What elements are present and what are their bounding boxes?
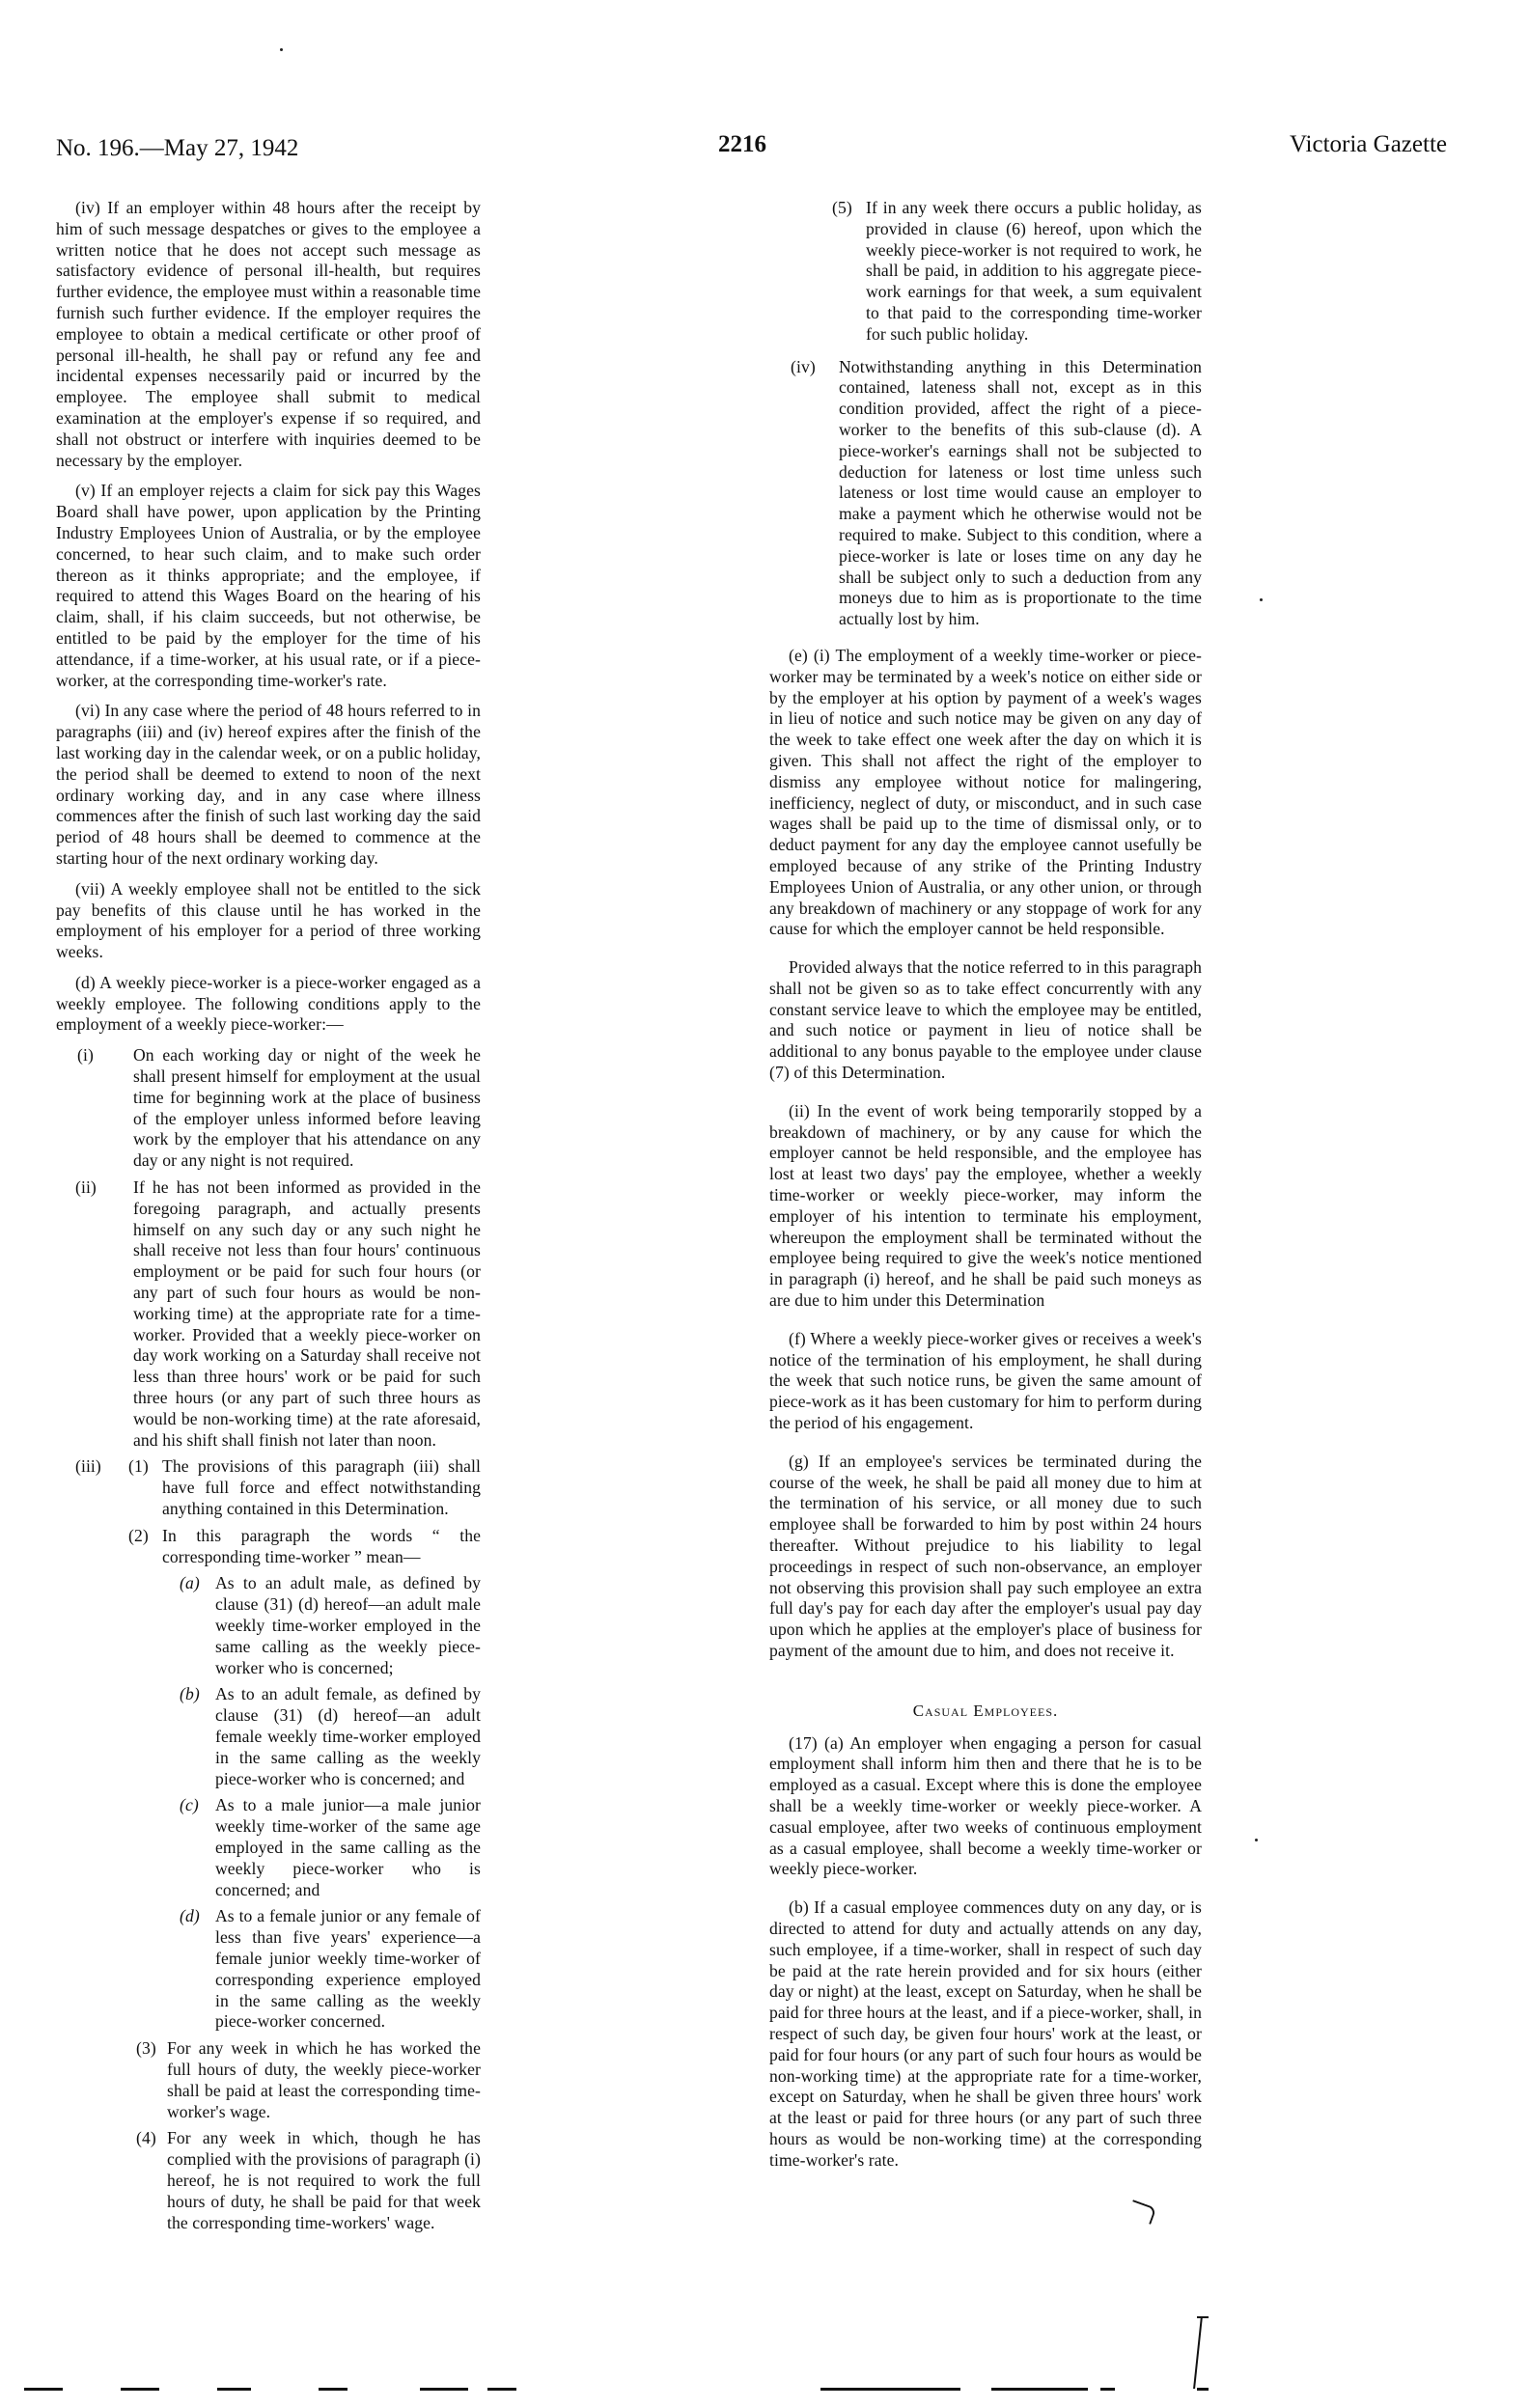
page-number: 2216 <box>718 131 766 158</box>
item-d-iii-3: (3) For any week in which he has worked … <box>56 2038 481 2122</box>
item-text: As to a female junior or any female of l… <box>215 1906 481 2033</box>
item-label: (2) <box>128 1526 149 1547</box>
item-text: Notwithstanding anything in this Determi… <box>839 357 1202 630</box>
item-d-iii-4: (4) For any week in which, though he has… <box>56 2128 481 2233</box>
paragraph-f: (f) Where a weekly piece-worker gives or… <box>769 1329 1202 1434</box>
scan-bracket-top <box>1197 2316 1209 2318</box>
item-d-i: (i) On each working day or night of the … <box>56 1045 481 1172</box>
item-label: (5) <box>832 198 852 219</box>
item-text: For any week in which, though he has com… <box>167 2128 481 2233</box>
item-d-iii-2-d: (d) As to a female junior or any female … <box>56 1906 481 2033</box>
item-d-iii-2-b: (b) As to an adult female, as defined by… <box>56 1684 481 1789</box>
item-text: The provisions of this paragraph (iii) s… <box>162 1456 481 1519</box>
item-text: If in any week there occurs a public hol… <box>866 198 1202 346</box>
item-d-iii-5: (5) If in any week there occurs a public… <box>769 198 1202 346</box>
right-column: (5) If in any week there occurs a public… <box>769 198 1202 2181</box>
page-header: No. 196.—May 27, 1942 2216 Victoria Gaze… <box>0 135 1529 174</box>
publication-title: Victoria Gazette <box>1290 131 1447 158</box>
item-text: For any week in which he has worked the … <box>167 2038 481 2122</box>
item-label: (iii) <box>75 1456 101 1478</box>
scan-dot <box>1255 1839 1258 1841</box>
paragraph-e-i: (e) (i) The employment of a weekly time-… <box>769 646 1202 940</box>
item-text: If he has not been informed as provided … <box>133 1177 481 1451</box>
item-label: (3) <box>136 2038 156 2060</box>
item-d-ii: (ii) If he has not been informed as prov… <box>56 1177 481 1451</box>
item-label: (ii) <box>75 1177 97 1199</box>
item-label: (i) <box>77 1045 94 1066</box>
bottom-scan-marks <box>0 2369 1529 2408</box>
paragraph-vii: (vii) A weekly employee shall not be ent… <box>56 879 481 963</box>
scan-mark <box>1127 2200 1157 2225</box>
item-d-iii-2-a: (a) As to an adult male, as defined by c… <box>56 1573 481 1678</box>
item-text: As to an adult male, as defined by claus… <box>215 1573 481 1678</box>
left-column: (iv) If an employer within 48 hours afte… <box>56 198 481 2239</box>
item-text: As to a male junior—a male junior weekly… <box>215 1795 481 1900</box>
item-d-iii-2-c: (c) As to a male junior—a male junior we… <box>56 1795 481 1900</box>
paragraph-vi: (vi) In any case where the period of 48 … <box>56 701 481 869</box>
paragraph-v: (v) If an employer rejects a claim for s… <box>56 481 481 691</box>
item-text: In this paragraph the words “ the corres… <box>162 1526 481 1568</box>
item-label: (4) <box>136 2128 156 2149</box>
issue-date: No. 196.—May 27, 1942 <box>56 135 298 162</box>
item-label: (b) <box>180 1684 200 1705</box>
item-text: On each working day or night of the week… <box>133 1045 481 1172</box>
item-label: (iv) <box>791 357 816 378</box>
paragraph-17-b: (b) If a casual employee commences duty … <box>769 1897 1202 2171</box>
paragraph-17-a: (17) (a) An employer when engaging a per… <box>769 1733 1202 1881</box>
item-label: (d) <box>180 1906 200 1927</box>
item-sublabel: (1) <box>128 1456 149 1478</box>
item-d-iii-1: (iii) (1) The provisions of this paragra… <box>56 1456 481 1519</box>
paragraph-g: (g) If an employee's services be termina… <box>769 1452 1202 1662</box>
item-text: As to an adult female, as defined by cla… <box>215 1684 481 1789</box>
section-heading-casual-employees: Casual Employees. <box>769 1701 1202 1722</box>
paragraph-e-ii: (ii) In the event of work being temporar… <box>769 1101 1202 1312</box>
item-d-iii-2: (2) In this paragraph the words “ the co… <box>56 1526 481 1568</box>
scan-dot <box>1260 598 1263 601</box>
paragraph-d: (d) A weekly piece-worker is a piece-wor… <box>56 973 481 1036</box>
scan-dot <box>280 48 283 51</box>
item-label: (c) <box>180 1795 199 1816</box>
item-label: (a) <box>180 1573 200 1594</box>
item-d-iv: (iv) Notwithstanding anything in this De… <box>769 357 1202 630</box>
paragraph-provided: Provided always that the notice referred… <box>769 957 1202 1084</box>
paragraph-iv: (iv) If an employer within 48 hours afte… <box>56 198 481 471</box>
